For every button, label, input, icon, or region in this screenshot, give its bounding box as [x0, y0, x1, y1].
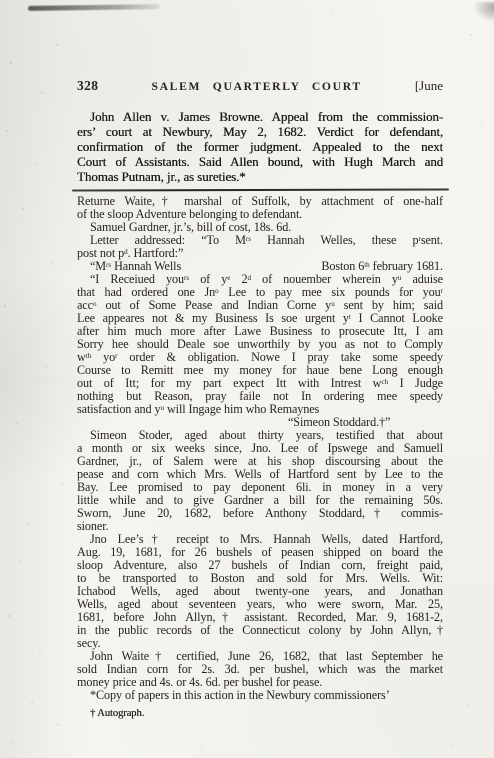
footnote-continuation-and-letter: Returne Waite,† marshal of Suffolk, by a… [77, 195, 443, 429]
page-body: John Allen v. James Browne. Appeal from … [77, 109, 443, 721]
text-line: “I Receiued yours of ye 2d of nouember w… [77, 273, 443, 286]
text-line: secy. [77, 637, 443, 650]
signature-line: “Simeon Stoddard.†” [77, 416, 443, 429]
text-line: John Waite† certified, June 26, 1682, th… [77, 650, 443, 663]
running-title: SALEM QUARTERLY COURT [98, 80, 414, 93]
text-line: Thomas Putnam, jr., as sureties.* [77, 169, 443, 184]
footnote-asterisk-line: *Copy of papers in this action in the Ne… [77, 689, 443, 702]
text-line: wth yor order & obligation. Nowe I pray … [77, 351, 443, 364]
text-line: Sorry hee should Deale soe unworthily by… [77, 338, 443, 351]
scan-corner-mark [470, 2, 494, 24]
text-line: Bay. Lee promised to pay deponent 6li. i… [77, 481, 443, 494]
text-line: in the public records of the Connecticut… [77, 624, 443, 637]
text-line: satisfaction and yu will Ingage him who … [77, 403, 443, 416]
footnote-dagger-line: † Autograph. [77, 707, 443, 721]
scan-smudge [28, 4, 160, 11]
text-line: pease and corn which Mrs. Wells of Hartf… [77, 468, 443, 481]
text-line: ers’ court at Newbury, May 2, 1682. Verd… [77, 124, 443, 139]
waite-certificate: John Waite† certified, June 26, 1682, th… [77, 650, 443, 689]
text-line: Aug. 19, 1681, for 26 bushels of peasen … [77, 546, 443, 559]
text-line: a month or six weeks since, Jno. Lee of … [77, 442, 443, 455]
page-content: 328 SALEM QUARTERLY COURT [June John All… [77, 78, 443, 721]
case-entry: John Allen v. James Browne. Appeal from … [77, 109, 443, 184]
letter-heading-line: “Mrs Hannah WellsBoston 6th february 168… [77, 260, 443, 273]
text-line: that had ordered one Jno Lee to pay mee … [77, 286, 443, 299]
text-line: Lee appeares not & my Business Is soe ur… [77, 312, 443, 325]
text-line: to be transported to Boston and sold for… [77, 572, 443, 585]
letter-dateline: Boston 6th february 1681. [321, 260, 443, 273]
text-line: money price and 4s. or 4s. 6d. per bushe… [77, 676, 443, 689]
text-line: sold Indian corn for 2s. 3d. per bushel,… [77, 663, 443, 676]
text-line: Samuel Gardner, jr.’s, bill of cost, 18s… [77, 221, 443, 234]
text-line: out of Itt; for my part expect Itt with … [77, 377, 443, 390]
text-line: Court of Assistants. Said Allen bound, w… [77, 154, 443, 169]
text-line: Sworn, June 20, 1682, before Anthony Sto… [77, 507, 443, 520]
stoder-testimony: Simeon Stoder, aged about thirty years, … [77, 429, 443, 533]
text-line: Gardner, jr., of Salem were at his shop … [77, 455, 443, 468]
text-line: of the sloop Adventure belonging to defe… [77, 208, 443, 221]
text-line: nothing but Reason, pray faile not In or… [77, 390, 443, 403]
text-line: little while and to give Gardner a bill … [77, 494, 443, 507]
footnote-dagger: † Autograph. [77, 707, 443, 721]
text-line: Course to Remitt mee my money for haue b… [77, 364, 443, 377]
text-line: after him much more after Lawe Business … [77, 325, 443, 338]
text-line: Wells, aged about seventeen years, who w… [77, 598, 443, 611]
text-line: Returne Waite,† marshal of Suffolk, by a… [77, 195, 443, 208]
running-month: [June [415, 78, 443, 94]
letter-addressee: “Mrs Hannah Wells [90, 260, 181, 273]
text-line: Jno Lee’s† receipt to Mrs. Hannah Wells,… [77, 533, 443, 546]
text-line: confirmation of the former judgment. App… [77, 139, 443, 154]
text-line: sioner. [77, 520, 443, 533]
text-line: John Allen v. James Browne. Appeal from … [77, 109, 443, 124]
text-line: post not pd. Hartford:” [77, 247, 443, 260]
text-line: Ichabod Wells, aged about twenty-one yea… [77, 585, 443, 598]
text-line: sloop Adventure, also 27 bushels of Indi… [77, 559, 443, 572]
page-number: 328 [77, 78, 98, 94]
running-header: 328 SALEM QUARTERLY COURT [June [77, 78, 443, 94]
scan-speckles [0, 0, 2, 2]
text-line: Letter addressed: “To Mrs Hannah Welles,… [77, 234, 443, 247]
text-line: Simeon Stoder, aged about thirty years, … [77, 429, 443, 442]
book-page: 328 SALEM QUARTERLY COURT [June John All… [0, 0, 494, 758]
footnote-rule [72, 189, 449, 192]
text-line: 1681, before John Allyn,† assistant. Rec… [77, 611, 443, 624]
lee-receipt: Jno Lee’s† receipt to Mrs. Hannah Wells,… [77, 533, 443, 650]
text-line: acco out of Some Pease and Indian Corne … [77, 299, 443, 312]
footnote-asterisk: *Copy of papers in this action in the Ne… [77, 689, 443, 702]
